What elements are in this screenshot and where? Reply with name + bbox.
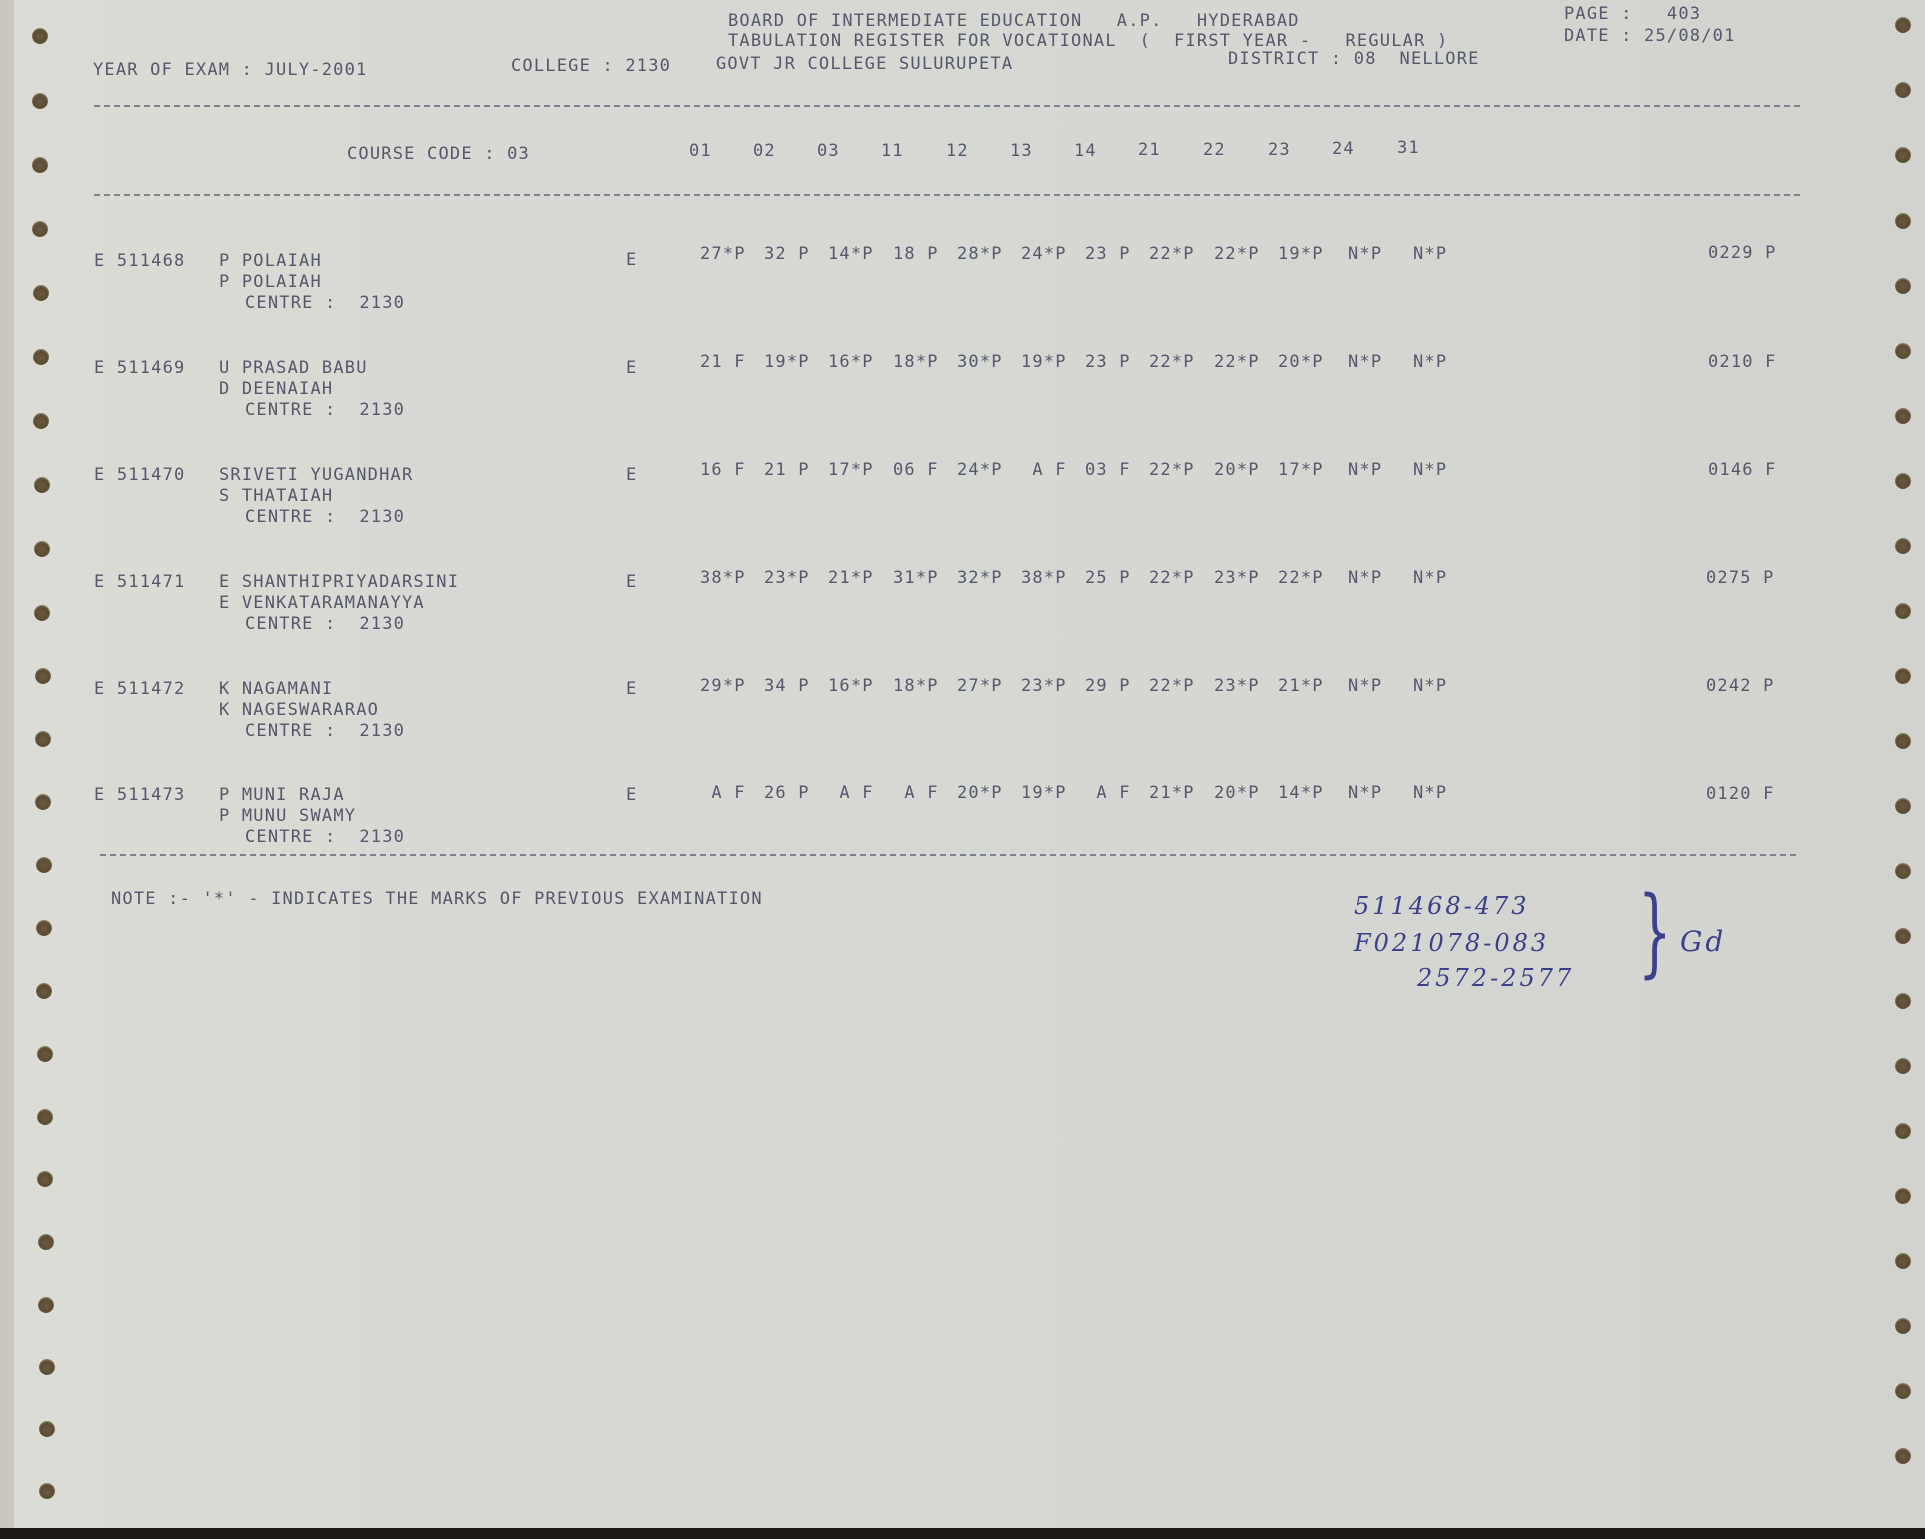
tractor-hole [1895, 993, 1911, 1009]
mark: N*P [1348, 676, 1382, 696]
tractor-hole [1895, 278, 1911, 294]
district: DISTRICT : 08 NELLORE [1228, 49, 1480, 69]
medium: E [626, 250, 637, 270]
tractor-hole [35, 794, 51, 810]
header-separator-bottom [94, 194, 1800, 196]
mark: 19*P [764, 352, 810, 372]
mark: N*P [1413, 244, 1447, 264]
mark: 19*P [1021, 352, 1067, 372]
mark: N*P [1348, 783, 1382, 803]
exam-centre: CENTRE : 2130 [245, 827, 405, 847]
tractor-hole [1895, 668, 1911, 684]
tractor-hole [38, 1297, 54, 1313]
father-name: K NAGESWARARAO [219, 700, 379, 720]
medium: E [626, 572, 637, 592]
mark: 28*P [957, 244, 1003, 264]
roll-number: E 511471 [94, 572, 185, 592]
mark: A F [700, 783, 746, 803]
mark: 27*P [700, 244, 746, 264]
mark: N*P [1348, 352, 1382, 372]
tractor-hole [34, 477, 50, 493]
subject-marks: 21 F 19*P 16*P 18*P 30*P 19*P 23 P 22*P … [700, 352, 1460, 372]
subject-marks: 38*P 23*P 21*P 31*P 32*P 38*P 25 P 22*P … [700, 568, 1460, 588]
page-number: PAGE : 403 [1564, 4, 1701, 24]
college-code: COLLEGE : 2130 [511, 56, 671, 76]
subject-code: 31 [1397, 138, 1420, 158]
tractor-hole [1895, 1058, 1911, 1074]
mark: 21 P [764, 460, 810, 480]
tractor-hole [39, 1483, 55, 1499]
tractor-hole [36, 920, 52, 936]
tractor-hole [37, 1109, 53, 1125]
mark: 16*P [828, 352, 874, 372]
mark: 19*P [1278, 244, 1324, 264]
subject-code: 13 [1010, 141, 1033, 161]
college-name: GOVT JR COLLEGE SULURUPETA [716, 54, 1013, 74]
mark: 22*P [1214, 244, 1260, 264]
mark: N*P [1413, 352, 1447, 372]
tractor-hole [32, 221, 48, 237]
medium: E [626, 465, 637, 485]
mark: 29*P [700, 676, 746, 696]
total-result: 0275 P [1706, 568, 1775, 588]
tractor-hole [1895, 928, 1911, 944]
handwritten-roll-range: 511468-473 [1354, 892, 1530, 920]
tractor-hole [35, 731, 51, 747]
mark: N*P [1348, 568, 1382, 588]
tractor-hole [39, 1359, 55, 1375]
tractor-hole [32, 28, 48, 44]
mark: A F [893, 783, 939, 803]
subject-marks: 29*P 34 P 16*P 18*P 27*P 23*P 29 P 22*P … [700, 676, 1460, 696]
subject-code: 01 [689, 141, 712, 161]
tractor-hole [1895, 17, 1911, 33]
board-title: BOARD OF INTERMEDIATE EDUCATION A.P. HYD… [728, 11, 1300, 31]
tractor-hole [1895, 1253, 1911, 1269]
tractor-hole [34, 541, 50, 557]
mark: N*P [1413, 460, 1447, 480]
tractor-hole [1895, 1318, 1911, 1334]
mark: 22*P [1149, 244, 1195, 264]
mark: 18 P [893, 244, 939, 264]
father-name: S THATAIAH [219, 486, 333, 506]
mark: 27*P [957, 676, 1003, 696]
total-result: 0229 P [1708, 243, 1777, 263]
tractor-hole [34, 605, 50, 621]
subject-code: 23 [1268, 140, 1291, 160]
mark: A F [1021, 460, 1067, 480]
mark: 22*P [1149, 568, 1195, 588]
mark: N*P [1348, 460, 1382, 480]
tabulation-register-sheet: BOARD OF INTERMEDIATE EDUCATION A.P. HYD… [14, 0, 1925, 1528]
mark: 38*P [1021, 568, 1067, 588]
tractor-hole [1895, 798, 1911, 814]
subject-marks: 27*P 32 P 14*P 18 P 28*P 24*P 23 P 22*P … [700, 244, 1460, 264]
mark: N*P [1413, 676, 1447, 696]
tractor-hole [1895, 1383, 1911, 1399]
footer-note: NOTE :- '*' - INDICATES THE MARKS OF PRE… [111, 889, 763, 909]
handwritten-initials: Gd [1680, 925, 1726, 958]
mark: 23 P [1085, 352, 1131, 372]
exam-centre: CENTRE : 2130 [245, 614, 405, 634]
subject-code: 22 [1203, 140, 1226, 160]
mark: 22*P [1149, 460, 1195, 480]
mark: 31*P [893, 568, 939, 588]
mark: 14*P [828, 244, 874, 264]
print-date: DATE : 25/08/01 [1564, 26, 1736, 46]
tractor-hole [1895, 733, 1911, 749]
exam-centre: CENTRE : 2130 [245, 721, 405, 741]
subject-code: 11 [881, 141, 904, 161]
mark: 21*P [1149, 783, 1195, 803]
roll-number: E 511470 [94, 465, 185, 485]
father-name: E VENKATARAMANAYYA [219, 593, 425, 613]
tractor-hole [33, 413, 49, 429]
tractor-hole [1895, 1123, 1911, 1139]
roll-number: E 511468 [94, 251, 185, 271]
roll-number: E 511469 [94, 358, 185, 378]
mark: 20*P [1278, 352, 1324, 372]
medium: E [626, 358, 637, 378]
mark: A F [828, 783, 874, 803]
tractor-hole [1895, 863, 1911, 879]
mark: 32*P [957, 568, 1003, 588]
student-name: K NAGAMANI [219, 679, 333, 699]
header-separator-top [94, 105, 1800, 107]
handwritten-serial-range: F021078-083 [1354, 929, 1549, 957]
tractor-hole [1895, 538, 1911, 554]
tractor-hole [1895, 147, 1911, 163]
mark: 17*P [1278, 460, 1324, 480]
exam-centre: CENTRE : 2130 [245, 507, 405, 527]
handwritten-number-range: 2572-2577 [1417, 964, 1574, 992]
student-name: P POLAIAH [219, 251, 322, 271]
tractor-hole [39, 1421, 55, 1437]
tractor-hole [38, 1234, 54, 1250]
medium: E [626, 785, 637, 805]
mark: 03 F [1085, 460, 1131, 480]
mark: 38*P [700, 568, 746, 588]
mark: N*P [1413, 568, 1447, 588]
mark: 22*P [1149, 676, 1195, 696]
tractor-hole [33, 285, 49, 301]
mark: 06 F [893, 460, 939, 480]
mark: 20*P [1214, 460, 1260, 480]
mark: 34 P [764, 676, 810, 696]
mark: 26 P [764, 783, 810, 803]
mark: 20*P [1214, 783, 1260, 803]
mark: 32 P [764, 244, 810, 264]
tractor-hole [37, 1171, 53, 1187]
mark: 24*P [957, 460, 1003, 480]
tractor-hole [1895, 408, 1911, 424]
subject-marks: A F 26 P A F A F 20*P 19*P A F 21*P 20*P… [700, 783, 1460, 803]
tractor-hole [1895, 82, 1911, 98]
tractor-hole [1895, 213, 1911, 229]
roll-number: E 511473 [94, 785, 185, 805]
total-result: 0120 F [1706, 784, 1775, 804]
register-title: TABULATION REGISTER FOR VOCATIONAL ( FIR… [728, 31, 1448, 51]
subject-code: 03 [817, 141, 840, 161]
roll-number: E 511472 [94, 679, 185, 699]
tractor-hole [1895, 473, 1911, 489]
background-edge [0, 1528, 1925, 1539]
subject-marks: 16 F 21 P 17*P 06 F 24*P A F 03 F 22*P 2… [700, 460, 1460, 480]
mark: 25 P [1085, 568, 1131, 588]
mark: 20*P [957, 783, 1003, 803]
medium: E [626, 679, 637, 699]
tractor-hole [1895, 1448, 1911, 1464]
mark: N*P [1413, 783, 1447, 803]
mark: N*P [1348, 244, 1382, 264]
tractor-hole [33, 349, 49, 365]
mark: 22*P [1214, 352, 1260, 372]
mark: 22*P [1149, 352, 1195, 372]
subject-code: 12 [946, 141, 969, 161]
tractor-hole [1895, 343, 1911, 359]
student-name: P MUNI RAJA [219, 785, 345, 805]
tractor-hole [35, 668, 51, 684]
mark: 23 P [1085, 244, 1131, 264]
subject-code: 02 [753, 141, 776, 161]
tractor-hole [1895, 603, 1911, 619]
father-name: D DEENAIAH [219, 379, 333, 399]
handwritten-brace: } [1638, 884, 1672, 980]
mark: 18*P [893, 676, 939, 696]
mark: 21*P [1278, 676, 1324, 696]
father-name: P MUNU SWAMY [219, 806, 356, 826]
tractor-hole [37, 1046, 53, 1062]
student-name: U PRASAD BABU [219, 358, 368, 378]
subject-code: 21 [1138, 140, 1161, 160]
mark: 30*P [957, 352, 1003, 372]
mark: 18*P [893, 352, 939, 372]
total-result: 0242 P [1706, 676, 1775, 696]
total-result: 0210 F [1708, 352, 1777, 372]
year-of-exam: YEAR OF EXAM : JULY-2001 [93, 60, 367, 80]
tractor-hole [36, 857, 52, 873]
exam-centre: CENTRE : 2130 [245, 293, 405, 313]
mark: A F [1085, 783, 1131, 803]
subject-code: 14 [1074, 141, 1097, 161]
father-name: P POLAIAH [219, 272, 322, 292]
mark: 23*P [764, 568, 810, 588]
mark: 16 F [700, 460, 746, 480]
mark: 23*P [1021, 676, 1067, 696]
student-name: SRIVETI YUGANDHAR [219, 465, 413, 485]
mark: 21 F [700, 352, 746, 372]
exam-centre: CENTRE : 2130 [245, 400, 405, 420]
mark: 16*P [828, 676, 874, 696]
total-result: 0146 F [1708, 460, 1777, 480]
mark: 24*P [1021, 244, 1067, 264]
mark: 29 P [1085, 676, 1131, 696]
tractor-hole [32, 93, 48, 109]
table-separator-bottom [100, 854, 1796, 856]
mark: 23*P [1214, 568, 1260, 588]
tractor-hole [32, 157, 48, 173]
mark: 14*P [1278, 783, 1324, 803]
mark: 19*P [1021, 783, 1067, 803]
tractor-hole [1895, 1188, 1911, 1204]
course-code: COURSE CODE : 03 [347, 144, 530, 164]
tractor-hole [36, 983, 52, 999]
mark: 22*P [1278, 568, 1324, 588]
student-name: E SHANTHIPRIYADARSINI [219, 572, 459, 592]
mark: 23*P [1214, 676, 1260, 696]
mark: 17*P [828, 460, 874, 480]
subject-code: 24 [1332, 139, 1355, 159]
mark: 21*P [828, 568, 874, 588]
